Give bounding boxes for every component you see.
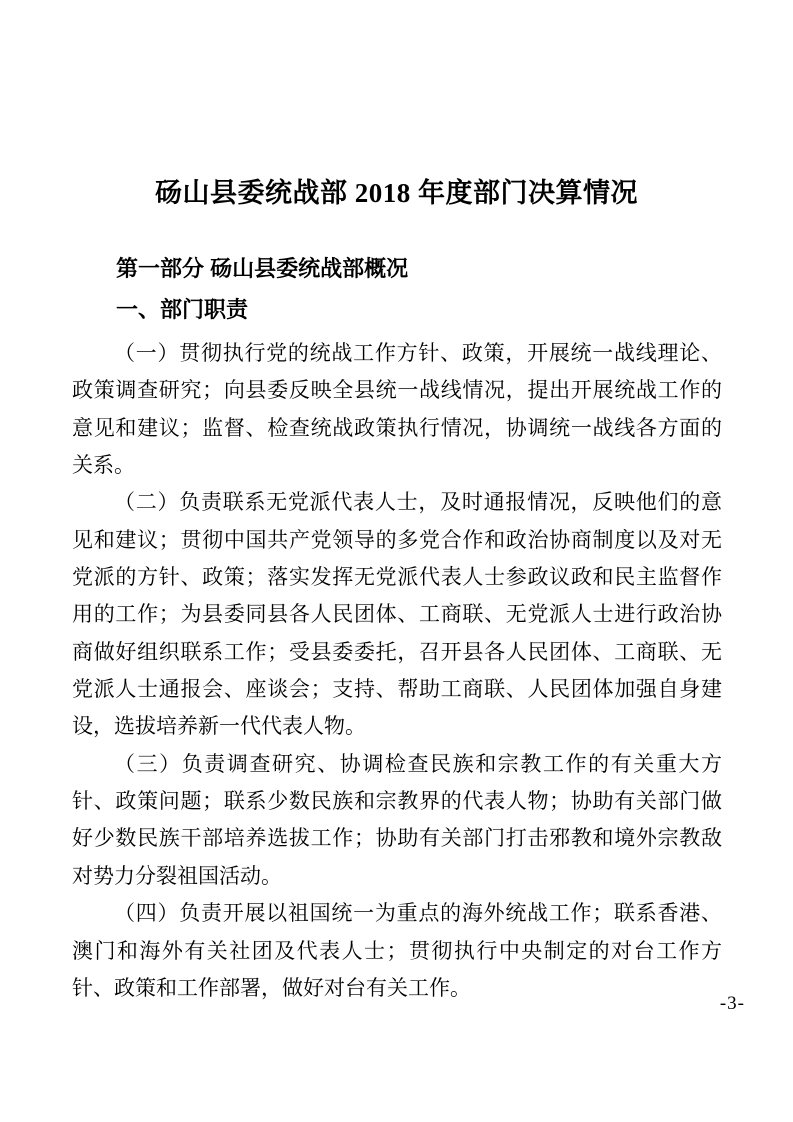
part-one-heading: 第一部分 砀山县委统战部概况 <box>72 254 722 283</box>
page-number: -3- <box>720 992 745 1016</box>
document-body: （一）贯彻执行党的统战工作方针、政策，开展统一战线理论、政策调查研究；向县委反映… <box>72 335 722 1007</box>
body-paragraph: （一）贯彻执行党的统战工作方针、政策，开展统一战线理论、政策调查研究；向县委反映… <box>72 335 722 484</box>
section-heading-duties: 一、部门职责 <box>72 295 722 324</box>
body-paragraph: （四）负责开展以祖国统一为重点的海外统战工作；联系香港、澳门和海外有关社团及代表… <box>72 895 722 1007</box>
document-page: 砀山县委统战部 2018 年度部门决算情况 第一部分 砀山县委统战部概况 一、部… <box>0 0 793 1122</box>
body-paragraph: （三）负责调查研究、协调检查民族和宗教工作的有关重大方针、政策问题；联系少数民族… <box>72 746 722 895</box>
body-paragraph: （二）负责联系无党派代表人士，及时通报情况，反映他们的意见和建议；贯彻中国共产党… <box>72 484 722 745</box>
document-title: 砀山县委统战部 2018 年度部门决算情况 <box>0 176 793 211</box>
